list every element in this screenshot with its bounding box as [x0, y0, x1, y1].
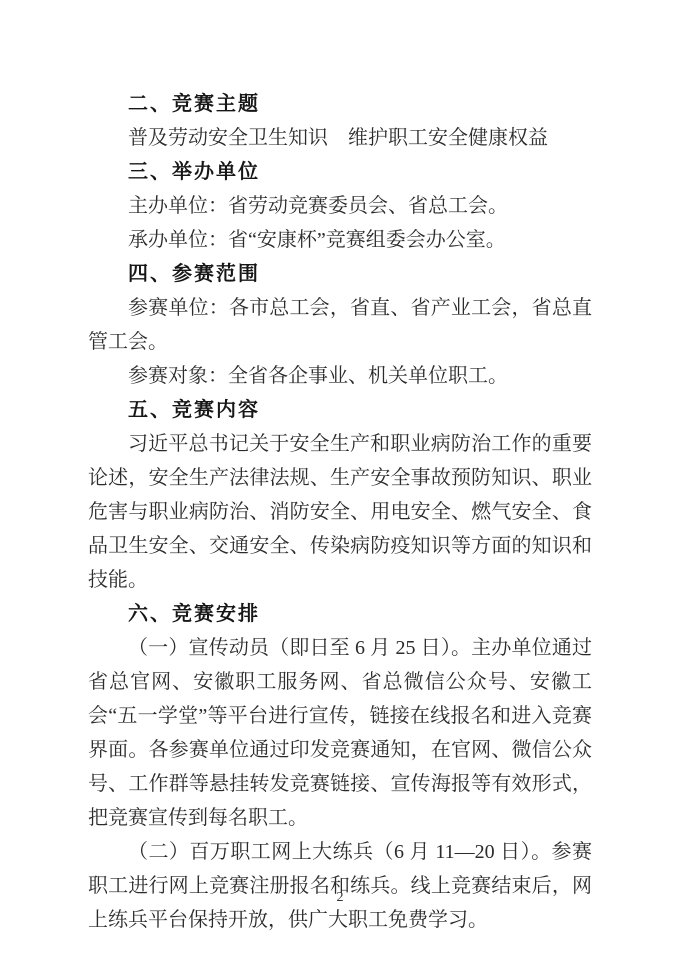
- para-undertaker-unit: 承办单位：省“安康杯”竞赛组委会办公室。: [88, 223, 592, 257]
- page-number: 2: [337, 890, 344, 905]
- para-phase-2-online-drill: （二）百万职工网上大练兵（6 月 11—20 日）。参赛职工进行网上竞赛注册报名…: [88, 835, 592, 937]
- heading-competition-theme: 二、竞赛主题: [88, 87, 592, 121]
- para-participating-units: 参赛单位：各市总工会，省直、省产业工会，省总直管工会。: [88, 291, 592, 359]
- para-host-unit: 主办单位：省劳动竞赛委员会、省总工会。: [88, 189, 592, 223]
- para-participants: 参赛对象：全省各企事业、机关单位职工。: [88, 359, 592, 393]
- heading-competition-schedule: 六、竞赛安排: [88, 597, 592, 631]
- heading-organizers: 三、举办单位: [88, 155, 592, 189]
- heading-participation-scope: 四、参赛范围: [88, 257, 592, 291]
- document-page: 二、竞赛主题 普及劳动安全卫生知识 维护职工安全健康权益 三、举办单位 主办单位…: [0, 0, 680, 960]
- heading-competition-content: 五、竞赛内容: [88, 393, 592, 427]
- document-body: 二、竞赛主题 普及劳动安全卫生知识 维护职工安全健康权益 三、举办单位 主办单位…: [88, 87, 592, 937]
- para-content-description: 习近平总书记关于安全生产和职业病防治工作的重要论述，安全生产法律法规、生产安全事…: [88, 427, 592, 597]
- para-theme-slogan: 普及劳动安全卫生知识 维护职工安全健康权益: [88, 121, 592, 155]
- page-footer: 2: [0, 890, 680, 906]
- para-phase-1-publicity: （一）宣传动员（即日至 6 月 25 日）。主办单位通过省总官网、安徽职工服务网…: [88, 631, 592, 835]
